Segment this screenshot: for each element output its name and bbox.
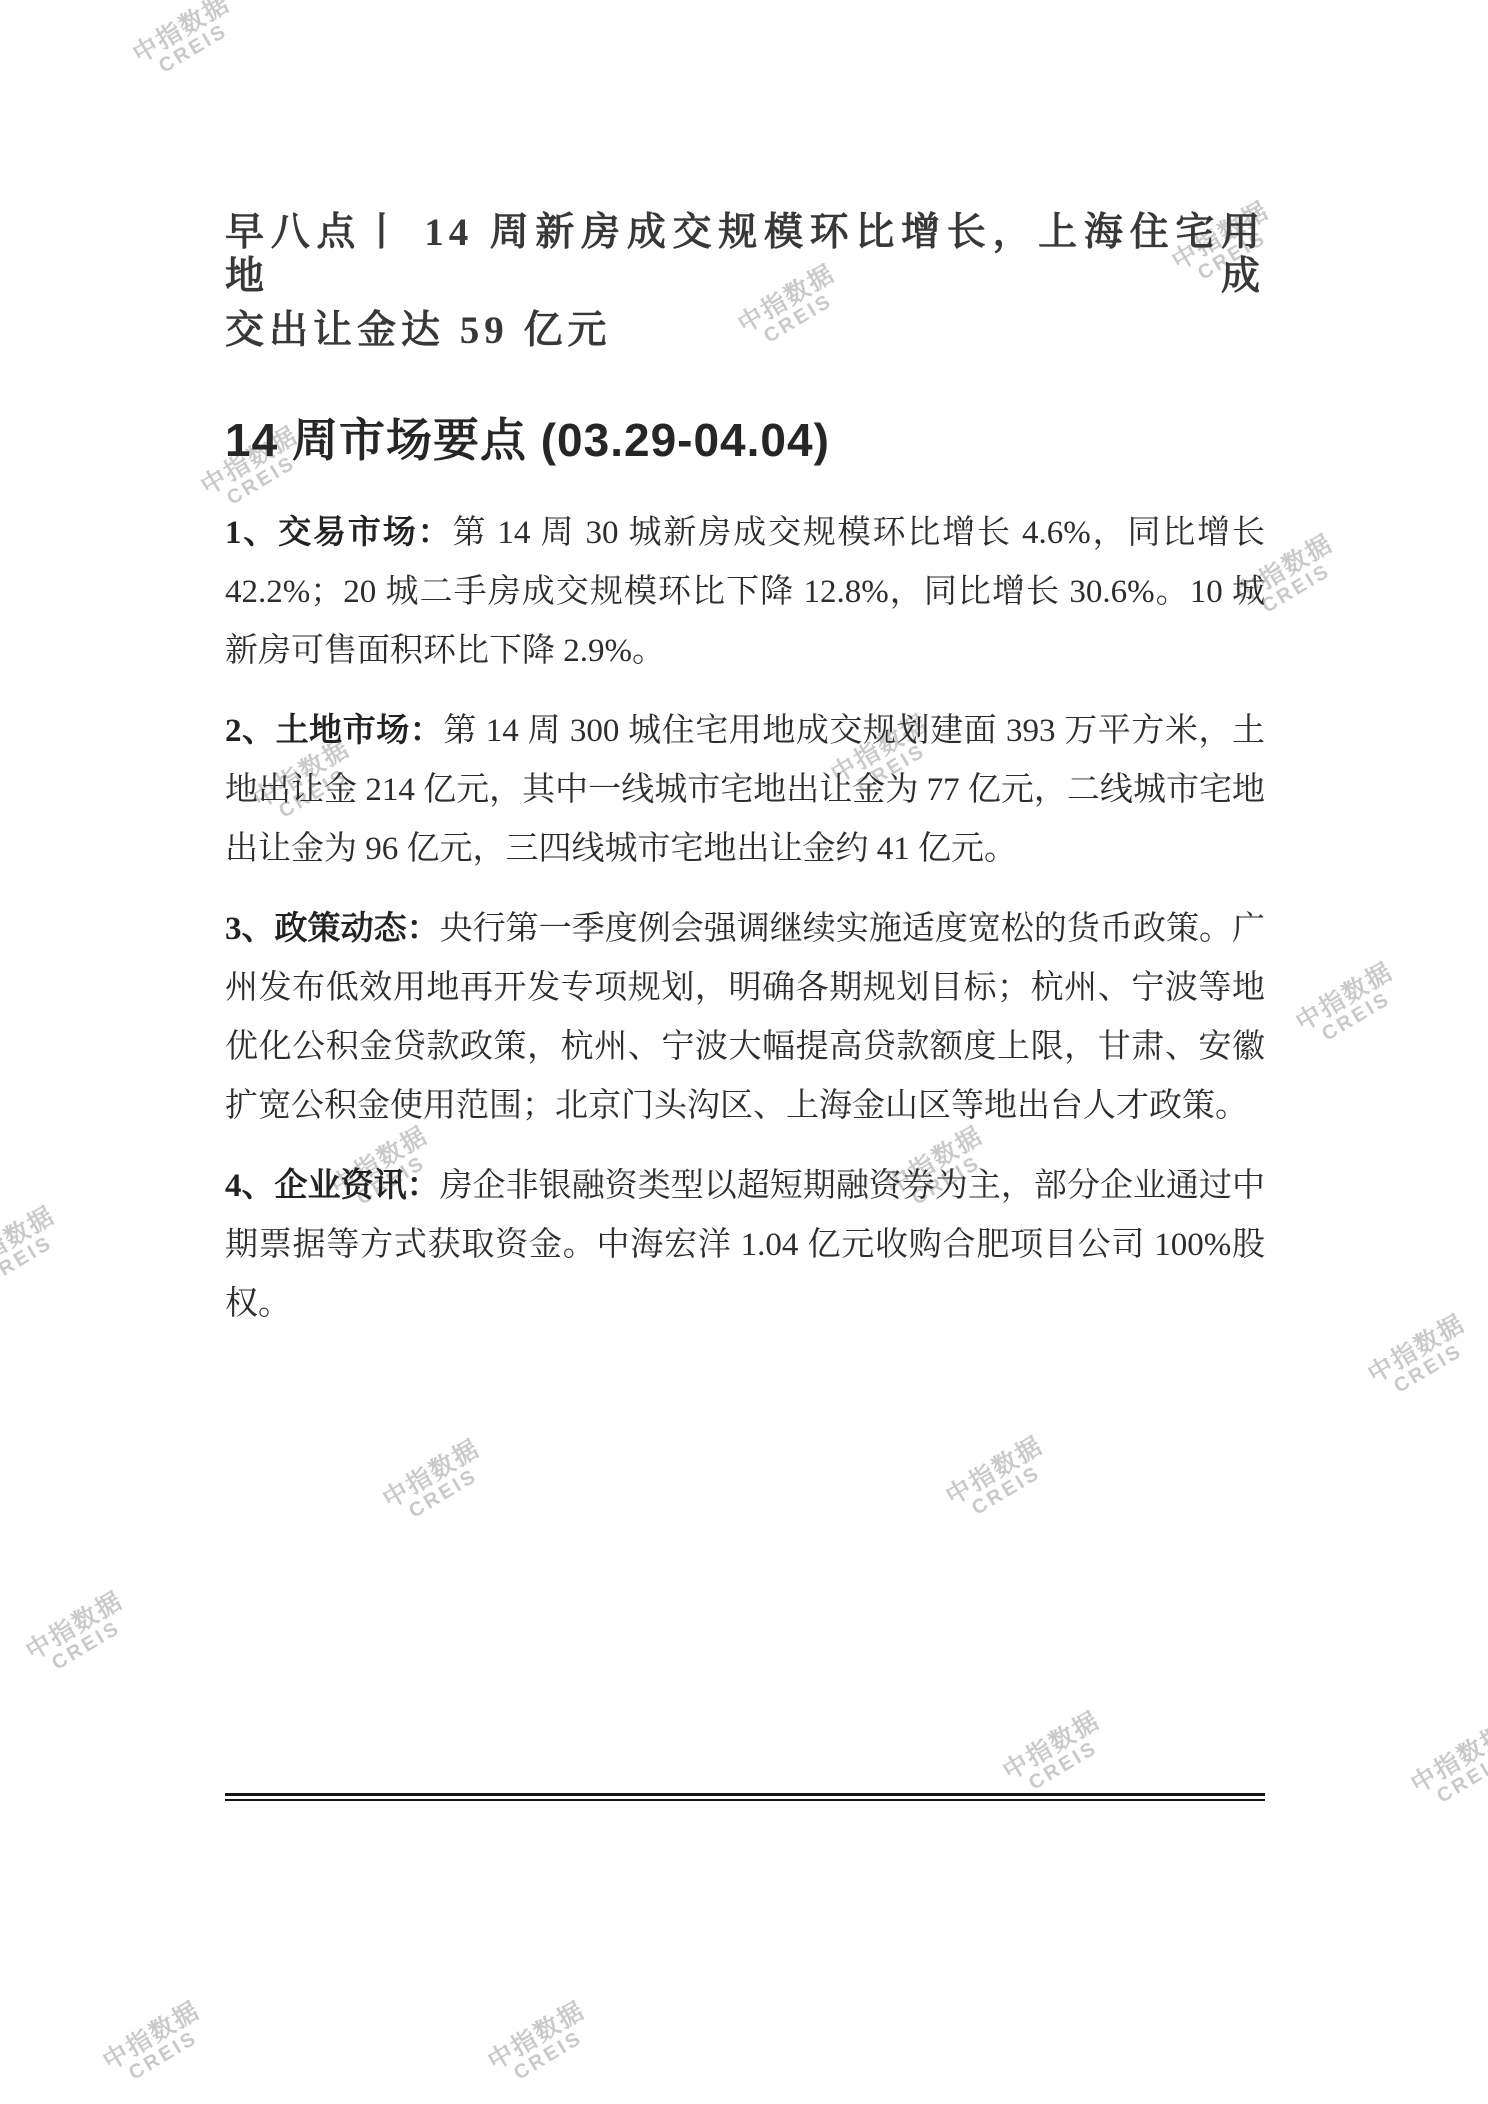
paragraph-4: 4、企业资讯：房企非银融资类型以超短期融资券为主，部分企业通过中期票据等方式获取… xyxy=(225,1157,1265,1334)
creis-watermark: 中指数据CREIS xyxy=(0,1202,70,1298)
creis-watermark: 中指数据CREIS xyxy=(1292,958,1409,1054)
footer-divider-rule xyxy=(225,1793,1265,1801)
summary-paragraphs: 1、交易市场：第 14 周 30 城新房成交规模环比增长 4.6%，同比增长 4… xyxy=(225,504,1265,1355)
paragraph-lead: 2、土地市场： xyxy=(225,713,443,749)
creis-watermark: 中指数据CREIS xyxy=(1407,1720,1488,1816)
paragraph-lead: 3、政策动态： xyxy=(225,911,440,947)
creis-watermark: 中指数据CREIS xyxy=(484,1997,601,2093)
section-heading: 14 周市场要点 (03.29-04.04) xyxy=(225,414,1265,466)
paragraph-1: 1、交易市场：第 14 周 30 城新房成交规模环比增长 4.6%，同比增长 4… xyxy=(225,504,1265,681)
creis-watermark: 中指数据CREIS xyxy=(379,1435,496,1531)
creis-watermark: 中指数据CREIS xyxy=(1364,1310,1481,1406)
paragraph-3: 3、政策动态：央行第一季度例会强调继续实施适度宽松的货币政策。广州发布低效用地再… xyxy=(225,900,1265,1136)
document-page: 中指数据CREIS中指数据CREIS中指数据CREIS中指数据CREIS中指数据… xyxy=(0,0,1488,2104)
creis-watermark: 中指数据CREIS xyxy=(22,1587,139,1683)
paragraph-2: 2、土地市场：第 14 周 300 城住宅用地成交规划建面 393 万平方米，土… xyxy=(225,702,1265,879)
creis-watermark: 中指数据CREIS xyxy=(99,1997,216,2093)
paragraph-lead: 4、企业资讯： xyxy=(225,1168,440,1204)
paragraph-lead: 1、交易市场： xyxy=(225,515,452,551)
page-title-line-1: 早八点丨 14 周新房成交规模环比增长，上海住宅用地成 xyxy=(225,211,1265,299)
creis-watermark: 中指数据CREIS xyxy=(999,1707,1116,1803)
creis-watermark: 中指数据CREIS xyxy=(129,0,246,86)
page-title-line-2: 交出让金达 59 亿元 xyxy=(225,309,1265,353)
creis-watermark: 中指数据CREIS xyxy=(942,1432,1059,1528)
